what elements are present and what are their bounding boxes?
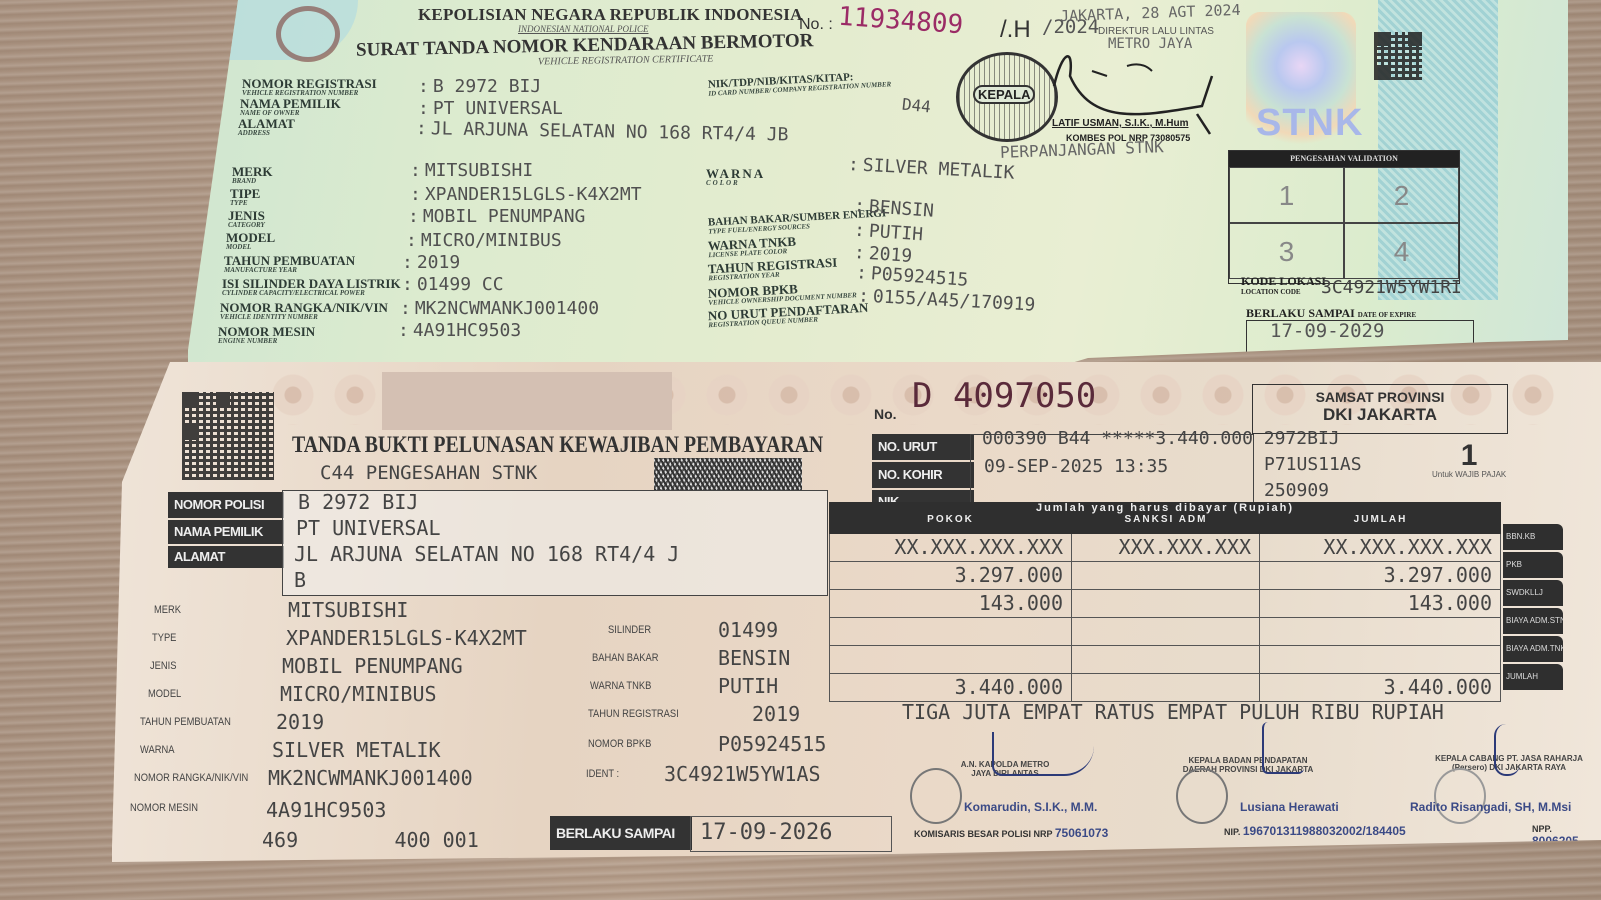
official-stamp-icon: KEPALA	[956, 52, 1058, 142]
field-label: MODELMODEL	[226, 232, 275, 251]
field-type: :XPANDER15LGLS-K4X2MT	[410, 184, 642, 205]
payment-row: XX.XXX.XXX.XXXXXX.XXX.XXXXX.XXX.XXX.XXX	[829, 534, 1501, 562]
payment-row-codes: BBN.KBPKBSWDKLLJBIAYA ADM.STNKBIAYA ADM.…	[1503, 524, 1563, 692]
owner-name: PT UNIVERSAL	[296, 516, 441, 540]
payment-cell-sanksi	[1072, 562, 1260, 589]
payment-cell-jumlah: XX.XXX.XXX.XXX	[1260, 534, 1501, 561]
field-label: WARNA	[140, 744, 174, 756]
receipt-number-label: No.	[874, 406, 897, 422]
payment-cell-sanksi	[1072, 590, 1260, 617]
tax-payment-receipt: TANDA BUKTI PELUNASAN KEWAJIBAN PEMBAYAR…	[112, 362, 1601, 862]
column-header: POKOK	[829, 514, 1072, 525]
nik-label: NIK/TDP/NIB/KITAS/KITAP:ID CARD NUMBER/ …	[708, 69, 892, 98]
payment-row-code: BBN.KB	[1503, 524, 1563, 550]
payment-row: 3.297.0003.297.000	[829, 562, 1501, 590]
signer-name: LATIF USMAN, S.I.K., M.Hum	[1052, 118, 1188, 129]
province-seal-icon	[1176, 768, 1228, 824]
no-kohir-value: 09-SEP-2025 13:35	[984, 456, 1168, 477]
serial-number: 11934809	[837, 2, 964, 41]
payment-cell-jumlah: 3.440.000	[1260, 674, 1501, 701]
vehicle-engine-number: 4A91HC9503	[266, 798, 386, 822]
field-color: :SILVER METALIK	[847, 154, 1014, 184]
signature-icon	[992, 732, 1094, 776]
field-manufacture-year: :2019	[402, 252, 460, 273]
validation-header: PENGESAHAN VALIDATION	[1229, 151, 1459, 167]
owner-address: JL ARJUNA SELATAN NO 168 RT4/4 J	[294, 542, 679, 566]
expiry-value: 17-09-2029	[1270, 320, 1384, 342]
payment-row-code: JUMLAH	[1503, 664, 1563, 690]
police-seal-icon	[910, 768, 962, 824]
agency-name-en: INDONESIAN NATIONAL POLICE	[518, 24, 649, 34]
samsat-line1: SAMSAT PROVINSI	[1253, 389, 1507, 405]
samsat-line2: DKI JAKARTA	[1253, 405, 1507, 425]
owner-label: ALAMAT	[168, 546, 284, 568]
field-label: TYPE	[152, 632, 176, 644]
field-label: NO URUT PENDAFTARANREGISTRATION QUEUE NU…	[708, 302, 869, 329]
ident-value: 3C4921W5YW1AS	[664, 762, 821, 786]
payment-cell-pokok: 3.440.000	[829, 674, 1072, 701]
fuel-value: BENSIN	[718, 646, 790, 670]
payment-cell-jumlah: 143.000	[1260, 590, 1501, 617]
field-label: TIPETYPE	[230, 188, 260, 207]
field-label: JENISCATEGORY	[228, 210, 265, 229]
ref-extra-date: 250909	[1264, 480, 1329, 501]
payment-cell-sanksi	[1072, 618, 1260, 645]
payment-table-header: Jumlah yang harus dibayar (Rupiah) POKOK…	[829, 502, 1501, 534]
issue-place-date: JAKARTA, 28 AGT 2024	[1060, 1, 1241, 25]
location-code-label: KODE LOKASILOCATION CODE	[1241, 276, 1326, 298]
hologram-text: STNK	[1256, 102, 1363, 145]
expiry-label: BERLAKU SAMPAI DATE OF EXPIRE	[1246, 306, 1416, 321]
receipt-expiry-label: BERLAKU SAMPAI	[550, 816, 692, 850]
ref-label: NO. KOHIR	[872, 462, 974, 488]
field-label: TAHUN PEMBUATANMANUFACTURE YEAR	[224, 255, 355, 274]
payment-cell-sanksi	[1072, 646, 1260, 673]
payment-rows: XX.XXX.XXX.XXXXXX.XXX.XXXXX.XXX.XXX.XXX3…	[829, 534, 1501, 702]
payment-table: Jumlah yang harus dibayar (Rupiah) POKOK…	[829, 502, 1501, 700]
payment-cell-pokok: 143.000	[829, 590, 1072, 617]
owner-label: NOMOR POLISI	[168, 492, 284, 518]
field-registration-number: :B 2972 BIJ	[418, 76, 541, 97]
column-header: SANKSI ADM	[1072, 514, 1260, 525]
nik-value: D44	[901, 95, 932, 117]
field-category: :MOBIL PENUMPANG	[408, 206, 585, 227]
signatory-name: Komarudin, S.I.K., M.M.	[964, 800, 1097, 814]
cylinder-value: 01499	[718, 618, 778, 642]
field-label: NOMOR REGISTRASIVEHICLE REGISTRATION NUM…	[242, 78, 377, 97]
samsat-box: SAMSAT PROVINSI DKI JAKARTA	[1252, 384, 1508, 434]
payment-cell-pokok	[829, 618, 1072, 645]
registration-year-value: 2019	[752, 702, 800, 726]
payment-cell-sanksi: XXX.XXX.XXX	[1072, 534, 1260, 561]
payment-cell-sanksi	[1072, 674, 1260, 701]
column-header: JUMLAH	[1260, 514, 1501, 525]
payment-row-code: PKB	[1503, 552, 1563, 578]
field-label: NAMA PEMILIKNAME OF OWNER	[240, 98, 341, 117]
payment-cell-pokok: 3.297.000	[829, 562, 1072, 589]
field-label: NOMOR MESINENGINE NUMBER	[218, 326, 315, 345]
stnk-certificate: KEPOLISIAN NEGARA REPUBLIK INDONESIA IND…	[188, 0, 1568, 370]
bpkb-value: P05924515	[718, 732, 826, 756]
payment-row-code: BIAYA ADM.TNKB	[1503, 636, 1563, 662]
signatory-name: Lusiana Herawati	[1240, 800, 1339, 814]
police-emblem-icon	[276, 6, 340, 62]
copy-indicator: 1 Untuk WAJIB PAJAK	[1432, 442, 1506, 479]
signatory-name: Radito Risangadi, SH, M.Msi	[1410, 800, 1571, 814]
field-label: BAHAN BAKAR	[592, 652, 659, 664]
field-label: MERKBRAND	[232, 166, 272, 185]
signature-icon	[1494, 724, 1520, 776]
receipt-expiry-value: 17-09-2026	[700, 820, 832, 845]
field-label: SILINDER	[608, 624, 651, 636]
renewal-note: PERPANJANGAN STNK	[1000, 137, 1164, 162]
agency-name: KEPOLISIAN NEGARA REPUBLIK INDONESIA	[418, 5, 803, 25]
field-label: TAHUN PEMBUATAN	[140, 716, 231, 728]
location-code-value: 3C4921W5YW1RI	[1321, 277, 1462, 298]
vehicle-model: MICRO/MINIBUS	[280, 682, 437, 706]
validation-box: PENGESAHAN VALIDATION 1 2 3 4	[1228, 150, 1460, 284]
field-label: MODEL	[148, 688, 181, 700]
field-label: NOMOR RANGKA/NIK/VINVEHICLE IDENTITY NUM…	[220, 302, 388, 321]
field-label: NOMOR RANGKA/NIK/VIN	[134, 772, 248, 784]
field-label: TAHUN REGISTRASI	[588, 708, 679, 720]
field-engine-number: :4A91HC9503	[398, 320, 521, 341]
vehicle-category: MOBIL PENUMPANG	[282, 654, 463, 678]
security-block	[382, 372, 672, 430]
payment-cell-pokok	[829, 646, 1072, 673]
payment-cell-jumlah	[1260, 646, 1501, 673]
vehicle-color: SILVER METALIK	[272, 738, 441, 762]
signatory-id: KOMISARIS BESAR POLISI NRP 75061073	[914, 826, 1108, 840]
validation-cell: 1	[1229, 167, 1344, 223]
payment-cell-pokok: XX.XXX.XXX.XXX	[829, 534, 1072, 561]
payment-row: 143.000143.000	[829, 590, 1501, 618]
field-label: TAHUN REGISTRASIREGISTRATION YEAR	[708, 257, 838, 283]
validation-cell: 4	[1344, 223, 1459, 279]
footer-codes: 469 400 001	[262, 828, 479, 852]
serial-suffix: /.H	[1000, 16, 1031, 44]
vehicle-type: XPANDER15LGLS-K4X2MT	[286, 626, 527, 650]
payment-row	[829, 646, 1501, 674]
ref-extra-code: P71US11AS	[1264, 454, 1362, 475]
receipt-number: D 4097050	[912, 376, 1096, 416]
serial-label: No. :	[799, 16, 833, 34]
owner-label: NAMA PEMILIK	[168, 520, 284, 544]
field-label: WARNA TNKB	[590, 680, 651, 692]
field-cylinder-capacity: :01499 CC	[402, 274, 504, 295]
field-owner-name: :PT UNIVERSAL	[418, 98, 563, 119]
signatory-id: NPP. 8006205	[1532, 824, 1601, 848]
field-label: WARNACOLOR	[706, 168, 765, 187]
document-title-en: VEHICLE REGISTRATION CERTIFICATE	[538, 53, 714, 67]
no-urut-value: 000390 B44 *****3.440.000 2972BIJ	[982, 428, 1340, 449]
vehicle-manufacture-year: 2019	[276, 710, 324, 734]
receipt-title: TANDA BUKTI PELUNASAN KEWAJIBAN PEMBAYAR…	[292, 432, 823, 458]
payment-cell-jumlah	[1260, 618, 1501, 645]
field-label: NOMOR BPKB	[588, 738, 651, 750]
field-label: JENIS	[150, 660, 177, 672]
field-registration-queue: :0155/A45/170919	[858, 285, 1036, 315]
receipt-subtitle: C44 PENGESAHAN STNK	[320, 462, 537, 484]
owner-address-cont: B	[294, 568, 306, 592]
validation-cell: 3	[1229, 223, 1344, 279]
qr-code-icon	[182, 392, 274, 480]
jasa-raharja-seal-icon	[1434, 768, 1486, 824]
amount-in-words: TIGA JUTA EMPAT RATUS EMPAT PULUH RIBU R…	[902, 698, 1562, 727]
plate-color-value: PUTIH	[718, 674, 778, 698]
signature-icon	[1262, 722, 1304, 774]
field-model: :MICRO/MINIBUS	[406, 230, 562, 251]
barcode-icon	[654, 458, 802, 490]
field-label: NOMOR MESIN	[130, 802, 198, 814]
payment-row	[829, 618, 1501, 646]
field-address: :JL ARJUNA SELATAN NO 168 RT4/4 JB	[416, 118, 789, 145]
qr-code-icon	[1374, 32, 1422, 80]
field-brand: :MITSUBISHI	[410, 160, 533, 181]
vehicle-vin: MK2NCWMANKJ001400	[268, 766, 473, 790]
payment-cell-jumlah: 3.297.000	[1260, 562, 1501, 589]
payment-caption: Jumlah yang harus dibayar (Rupiah)	[829, 502, 1501, 514]
validation-cell: 2	[1344, 167, 1459, 223]
field-plate-color: :PUTIH	[853, 220, 923, 246]
field-label: ISI SILINDER DAYA LISTRIKCYLINDER CAPACI…	[222, 278, 401, 297]
payment-row-code: BIAYA ADM.STNK	[1503, 608, 1563, 634]
vehicle-brand: MITSUBISHI	[288, 598, 408, 622]
ref-label: NO. URUT	[872, 434, 974, 460]
field-label: WARNA TNKBLICENSE PLATE COLOR	[708, 236, 797, 260]
field-label: IDENT :	[586, 768, 619, 780]
payment-row-code: SWDKLLJ	[1503, 580, 1563, 606]
signatory-id: NIP. 196701311988032002/184405	[1224, 824, 1406, 838]
field-label: ALAMATADDRESS	[238, 118, 295, 137]
field-label: MERK	[154, 604, 181, 616]
field-vin: :MK2NCWMANKJ001400	[400, 298, 599, 319]
plate-number: B 2972 BIJ	[298, 490, 418, 514]
